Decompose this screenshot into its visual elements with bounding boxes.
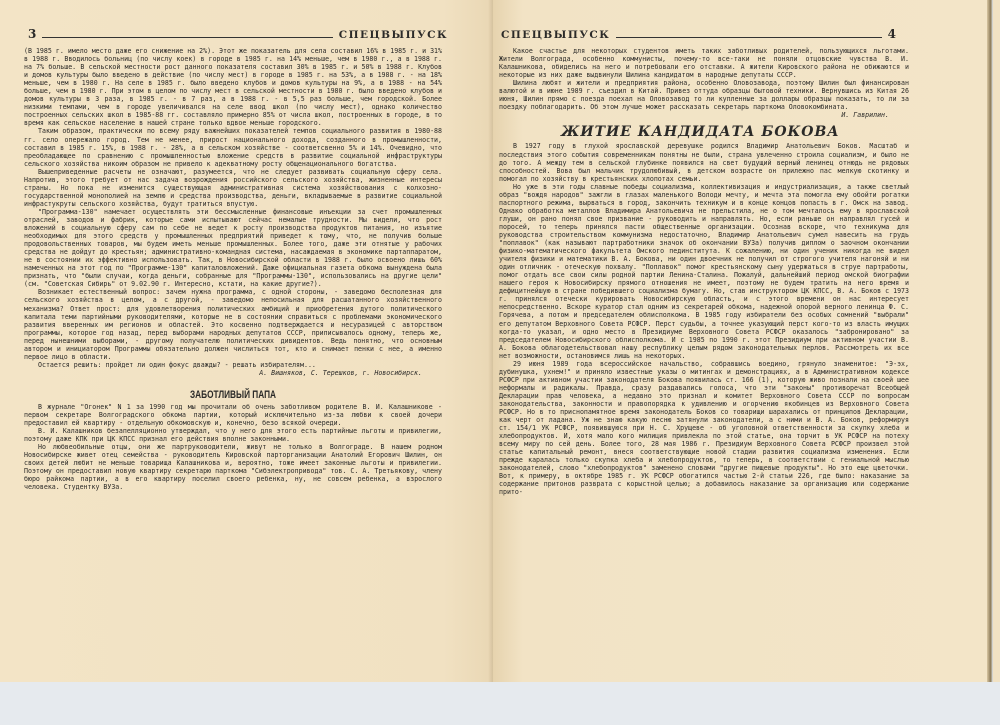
page-edge — [987, 0, 993, 682]
page-number: 3 — [28, 27, 36, 41]
paragraph: (В 1985 г. имело место даже его снижение… — [24, 47, 442, 127]
paragraph: В журнале "Огонек" N 1 за 1990 год мы пр… — [24, 403, 442, 427]
paragraph: Остается решить: пройдет ли один фокус д… — [24, 361, 442, 369]
paragraph: "Программа-130" намечает осуществлять эт… — [24, 208, 442, 288]
section-title: СПЕЦВЫПУСК — [339, 29, 448, 41]
section-title: СПЕЦВЫПУСК — [501, 29, 610, 41]
page-header-left: 3 СПЕЦВЫПУСК — [28, 27, 448, 41]
paragraph: Возникает естественный вопрос: зачем нуж… — [24, 288, 442, 360]
paragraph: Какое счастье для некоторых студентов им… — [499, 47, 909, 79]
page-number: 4 — [888, 27, 896, 41]
paragraph: В 1927 году в глухой ярославской деревуш… — [499, 142, 909, 182]
page-left: 3 СПЕЦВЫПУСК (В 1985 г. имело место даже… — [0, 0, 493, 682]
paragraph: Таким образом, практически по всему ряду… — [24, 127, 442, 167]
paragraph: В. И. Калашников безапелляционно утвержд… — [24, 427, 442, 443]
right-column: Какое счастье для некоторых студентов им… — [499, 47, 909, 497]
paragraph: Но любвеобильные отцы, они же партруково… — [24, 443, 442, 491]
header-rule — [616, 37, 881, 38]
paragraph: Но уже в эти годы славные победы социали… — [499, 183, 909, 360]
article-signature: И. Гаврилин. — [499, 111, 909, 119]
header-rule — [42, 37, 332, 38]
magazine-spread: 3 СПЕЦВЫПУСК (В 1985 г. имело место даже… — [0, 0, 1000, 682]
page-header-right: СПЕЦВЫПУСК 4 — [501, 27, 896, 41]
article-title: ЖИТИЕ КАНДИДАТА БОКОВА — [499, 128, 909, 136]
article-title: ЗАБОТЛИВЫЙ ПАПА — [76, 391, 390, 399]
page-right: СПЕЦВЫПУСК 4 Какое счастье для некоторых… — [493, 0, 993, 682]
paragraph: 29 июня 1989 года всероссийское начальст… — [499, 360, 909, 497]
paragraph: Вышеприведенные расчеты не означают, раз… — [24, 168, 442, 208]
left-column: (В 1985 г. имело место даже его снижение… — [24, 47, 442, 491]
article-signature: А. Вишняков, С. Терешков, г. Новосибирск… — [24, 369, 442, 377]
paragraph: Шилина любят и жители и предприятия райо… — [499, 79, 909, 111]
